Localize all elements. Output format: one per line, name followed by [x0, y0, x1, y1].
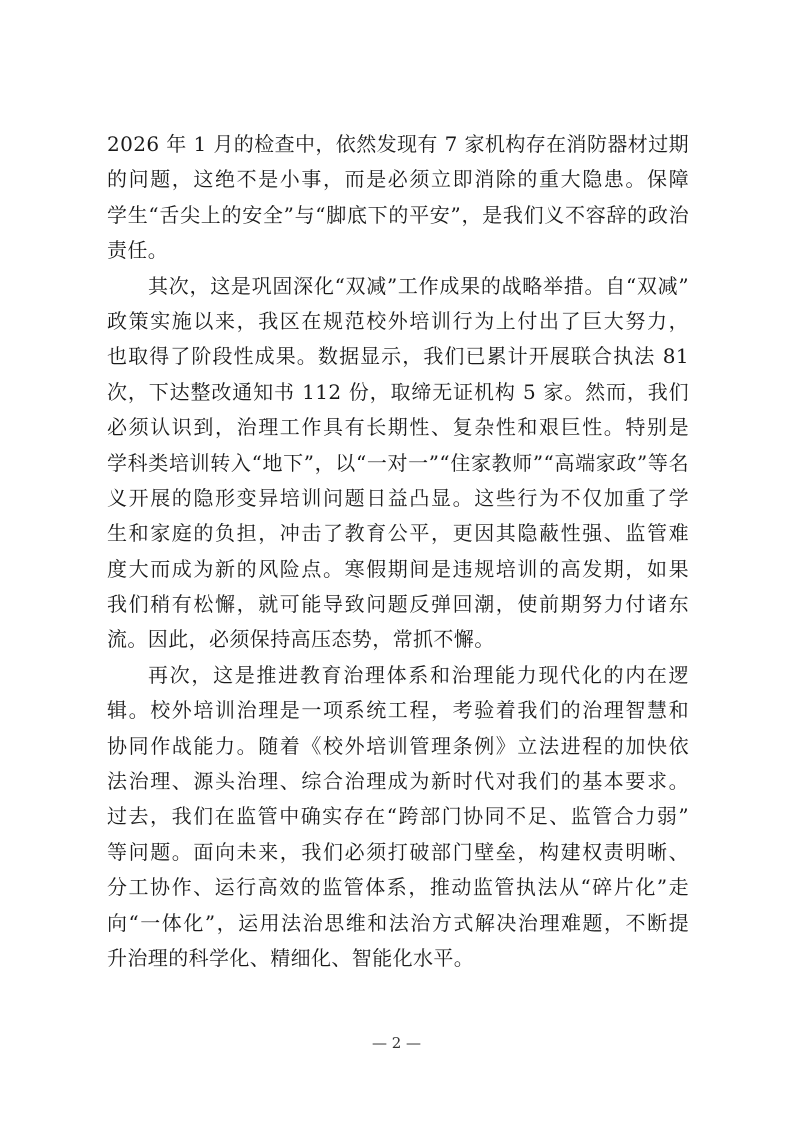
text-line: 法治理、源头治理、综合治理成为新时代对我们的基本要求。 [107, 764, 689, 799]
paragraph-1: 2026 年 1 月的检查中，依然发现有 7 家机构存在消防器材过期 的问题，这… [107, 127, 689, 269]
text-line: 我们稍有松懈，就可能导致问题反弹回潮，使前期努力付诸东 [107, 587, 689, 622]
body-text: 2026 年 1 月的检查中，依然发现有 7 家机构存在消防器材过期 的问题，这… [107, 127, 689, 976]
text-line: 学科类培训转入“地下”，以“一对一”“住家教师”“高端家政”等名 [107, 446, 689, 481]
text-line: 必须认识到，治理工作具有长期性、复杂性和艰巨性。特别是 [107, 410, 689, 445]
text-line: 度大而成为新的风险点。寒假期间是违规培训的高发期，如果 [107, 552, 689, 587]
text-line: 辑。校外培训治理是一项系统工程，考验着我们的治理智慧和 [107, 693, 689, 728]
paragraph-3: 再次，这是推进教育治理体系和治理能力现代化的内在逻 辑。校外培训治理是一项系统工… [107, 658, 689, 977]
text-line: 也取得了阶段性成果。数据显示，我们已累计开展联合执法 81 [107, 339, 689, 374]
text-line: 再次，这是推进教育治理体系和治理能力现代化的内在逻 [107, 658, 689, 693]
text-line: 义开展的隐形变异培训问题日益凸显。这些行为不仅加重了学 [107, 481, 689, 516]
text-line: 政策实施以来，我区在规范校外培训行为上付出了巨大努力， [107, 304, 689, 339]
text-line: 流。因此，必须保持高压态势，常抓不懈。 [107, 622, 689, 657]
document-page: 2026 年 1 月的检查中，依然发现有 7 家机构存在消防器材过期 的问题，这… [0, 0, 793, 1122]
text-line: 向“一体化”，运用法治思维和法治方式解决治理难题，不断提 [107, 906, 689, 941]
text-line: 生和家庭的负担，冲击了教育公平，更因其隐蔽性强、监管难 [107, 516, 689, 551]
text-line: 过去，我们在监管中确实存在“跨部门协同不足、监管合力弱” [107, 799, 689, 834]
text-line: 2026 年 1 月的检查中，依然发现有 7 家机构存在消防器材过期 [107, 127, 689, 162]
text-line: 的问题，这绝不是小事，而是必须立即消除的重大隐患。保障 [107, 162, 689, 197]
text-line: 学生“舌尖上的安全”与“脚底下的平安”，是我们义不容辞的政治 [107, 198, 689, 233]
text-line: 次，下达整改通知书 112 份，取缔无证机构 5 家。然而，我们 [107, 375, 689, 410]
text-line: 等问题。面向未来，我们必须打破部门壁垒，构建权责明晰、 [107, 835, 689, 870]
text-line: 分工协作、运行高效的监管体系，推动监管执法从“碎片化”走 [107, 870, 689, 905]
page-number: — 2 — [0, 1034, 793, 1052]
text-line: 升治理的科学化、精细化、智能化水平。 [107, 941, 689, 976]
text-line: 其次，这是巩固深化“双减”工作成果的战略举措。自“双减” [107, 269, 689, 304]
text-line: 协同作战能力。随着《校外培训管理条例》立法进程的加快依 [107, 729, 689, 764]
paragraph-2: 其次，这是巩固深化“双减”工作成果的战略举措。自“双减” 政策实施以来，我区在规… [107, 269, 689, 658]
text-line: 责任。 [107, 233, 689, 268]
